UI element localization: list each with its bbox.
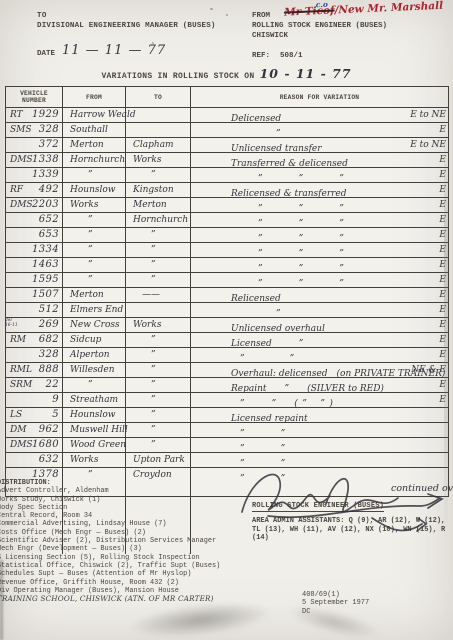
vehicle-prefix: LS [10, 408, 22, 422]
table-row: DMS1680Wood Green ” ” ” [6, 438, 448, 453]
vehicle-prefix: RML [10, 363, 32, 377]
table-row: LS5Hounslow ”Licensed repaint [6, 408, 448, 423]
variations-table: VEHICLE NUMBER FROM TO REASON FOR VARIAT… [5, 86, 449, 497]
table-row: 1339 ” ” ” ” ”E [6, 168, 448, 183]
to-label: TO [37, 12, 47, 20]
vehicle-number: 9 [52, 393, 59, 407]
distribution-title: DISTRIBUTION: [0, 479, 257, 487]
vehicle-number: 1595 [32, 273, 59, 287]
table-row: 653 ” ” ” ” ”E [6, 228, 448, 243]
distribution-line: Scientific Adviser (2), Distribution Ser… [0, 537, 257, 545]
col-header-reason: REASON FOR VARIATION [191, 87, 448, 107]
table-row: DMS2203WorksMerton ” ” ”E [6, 198, 448, 213]
blue-co-note: c.o [316, 0, 329, 9]
vehicle-prefix: DM [10, 423, 26, 437]
vehicle-prefix: SMS [10, 123, 32, 137]
scanned-memo-page: c.o Mr Ticof/New Mr. Marshall TO DIVISIO… [0, 0, 453, 640]
ref-line: REF:508/1 [252, 52, 303, 60]
table-row: RM682Sidcup ”Licensed ”E [6, 333, 448, 348]
distribution-line: Central Record, Room 34 [0, 512, 257, 520]
vehicle-number: 328 [39, 123, 59, 137]
vehicle-number: 653 [39, 228, 59, 242]
margin-note: del 16-11 [5, 319, 20, 328]
scan-edge-mark [0, 560, 3, 640]
table-row: 9Streatham ” ” ” ( ” ” )E [6, 393, 448, 408]
status-code: NE & E [411, 363, 446, 377]
title-text: VARIATIONS IN ROLLING STOCK ON [101, 72, 254, 81]
table-row: RF492HounslowKingstonRelicensed & transf… [6, 183, 448, 198]
table-row: 372MertonClaphamUnlicensed transferE to … [6, 138, 448, 153]
to-value: DIVISIONAL ENGINEERING MANAGER (BUSES) [37, 22, 216, 30]
col-header-to: TO [126, 87, 191, 107]
vehicle-number: 682 [39, 333, 59, 347]
vehicle-number: 1334 [32, 243, 59, 257]
page-title: VARIATIONS IN ROLLING STOCK ON 10 - 11 -… [0, 66, 453, 81]
status-code: E to NE [410, 138, 446, 152]
table-row: RML888Willesden ”Overhaul: delicensed (o… [6, 363, 448, 378]
vehicle-prefix: RF [10, 183, 23, 197]
distribution-line: Revenue Office, Griffith House, Room 432… [0, 579, 257, 587]
vehicle-prefix: DMS [10, 153, 33, 167]
table-row: del 16-11269New CrossWorksUnlicensed ove… [6, 318, 448, 333]
date-handwritten: 11 — 11 — 77 [62, 43, 166, 58]
table-row: 1507Merton ——RelicensedE [6, 288, 448, 303]
reference-number: 408/69(1) [302, 591, 369, 599]
paper-speck [226, 14, 228, 16]
vehicle-number: 2203 [32, 198, 59, 212]
distribution-line: Schedules Supt — Buses (Attention of Mr … [0, 570, 257, 578]
vehicle-number: 22 [45, 378, 59, 392]
col-header-vehicle-number: VEHICLE NUMBER [6, 87, 63, 107]
distribution-line: S Licensing Section (5), Rolling Stock I… [0, 554, 257, 562]
vehicle-prefix: SRM [10, 378, 32, 392]
title-date-handwritten: 10 - 11 - 77 [260, 66, 352, 81]
from-value-line1: ROLLING STOCK ENGINEER (BUSES) [252, 22, 387, 30]
red-handwritten-note: c.o Mr Ticof/New Mr. Marshall [284, 0, 452, 19]
paper-speck [210, 8, 213, 10]
vehicle-number: 1339 [32, 168, 59, 182]
vehicle-number: 962 [39, 423, 59, 437]
vehicle-number: 1929 [32, 108, 59, 122]
status-code: E to NE [410, 108, 446, 122]
col-header-from: FROM [63, 87, 126, 107]
table-body: RT1929Harrow WealdDelicensedE to NESMS32… [6, 108, 448, 482]
vehicle-number: 372 [39, 138, 59, 152]
table-row: 328Alperton ” ” ”E [6, 348, 448, 363]
table-row: DMS1338HornchurchWorksTransferred & deli… [6, 153, 448, 168]
distribution-line: Body Spec Section [0, 504, 257, 512]
from-label: FROM [252, 12, 270, 20]
table-row: 1463 ” ” ” ” ”E [6, 258, 448, 273]
vehicle-number: 512 [39, 303, 59, 317]
vehicle-number: 1463 [32, 258, 59, 272]
vehicle-number: 888 [39, 363, 59, 377]
table-header-row: VEHICLE NUMBER FROM TO REASON FOR VARIAT… [6, 87, 448, 108]
distribution-list: DISTRIBUTION: Advert Controller, Aldenha… [0, 479, 257, 603]
vehicle-prefix: DMS [10, 438, 33, 452]
vehicle-prefix: RM [10, 333, 26, 347]
distribution-line: Statistical Office, Chiswick (2), Traffi… [0, 562, 257, 570]
vehicle-number: 328 [39, 348, 59, 362]
table-row: 512Elmers End ”E [6, 303, 448, 318]
distribution-line: Works Study, Chiswick (1) [0, 496, 257, 504]
table-row: DM962Muswell Hill ” ” ” [6, 423, 448, 438]
vehicle-prefix: DMS [10, 198, 33, 212]
vehicle-number: 1507 [32, 288, 59, 302]
from-value-line2: CHISWICK [252, 32, 288, 40]
vehicle-number: 269 [39, 318, 59, 332]
table-row: 1595 ” ” ” ” ”E [6, 273, 448, 288]
distribution-line: Advert Controller, Aldenham [0, 487, 257, 495]
date-label: DATE [37, 50, 55, 58]
distribution-line: Commercial Advertising, Lindsay House (7… [0, 520, 257, 528]
vehicle-number: 1338 [32, 153, 59, 167]
vehicle-prefix: RT [10, 108, 23, 122]
table-row: 652 ”Hornchurch ” ” ”E [6, 213, 448, 228]
table-row: RT1929Harrow WealdDelicensedE to NE [6, 108, 448, 123]
distribution-line: Costs Office (Mech Engr — Buses) (2) [0, 529, 257, 537]
new-name: New Mr. Marshall [338, 0, 443, 16]
paper-speck [152, 42, 154, 44]
table-row: 1334 ” ” ” ” ”E [6, 243, 448, 258]
ref-label: REF: [252, 52, 270, 60]
distribution-lines: Advert Controller, AldenhamWorks Study, … [0, 487, 257, 603]
vehicle-number: 652 [39, 213, 59, 227]
ref-value: 508/1 [280, 52, 303, 60]
table-row: SMS328Southall ”E [6, 123, 448, 138]
distribution-line: Mech Engr (Development — Buses) (3) [0, 545, 257, 553]
signature-icon [222, 460, 453, 545]
vehicle-number: 1680 [32, 438, 59, 452]
table-row: SRM22 ” ”Repaint ” (SILVER to RED)E [6, 378, 448, 393]
vehicle-number: 632 [39, 453, 59, 467]
vehicle-number: 5 [52, 408, 59, 422]
vehicle-number: 492 [39, 183, 59, 197]
